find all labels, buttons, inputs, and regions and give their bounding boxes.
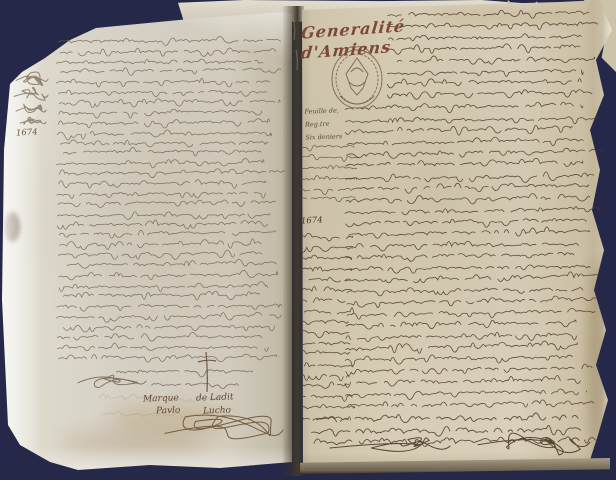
edge-browning-stain [430, 8, 580, 24]
signature-word: Lucho [203, 406, 231, 417]
stamp-caption-line2: Reg.tre [305, 117, 342, 131]
stamp-caption-line3: Six deniers [305, 130, 342, 144]
signature-word: Pavlo [156, 406, 181, 417]
book-spine [282, 6, 304, 476]
signature-word: Marque [143, 393, 179, 404]
left-margin-year: 1674 [16, 127, 38, 138]
ink-stain [4, 212, 20, 242]
stamp-caption-line1: Feuille de, [304, 104, 341, 118]
edge-browning-stain [588, 260, 610, 450]
right-page [296, 0, 616, 478]
stamp-caption: Feuille de, Reg.tre Six deniers [304, 104, 342, 144]
foxing-stain [60, 430, 210, 456]
signature-word: de Ladit [196, 392, 234, 403]
generalite-header: Generalité d'Amiens [298, 16, 406, 64]
right-margin-year: 1674 [301, 215, 323, 226]
left-page [0, 0, 292, 480]
manuscript-scan: Generalité d'Amiens Feuille de, Reg.tre … [0, 0, 616, 480]
